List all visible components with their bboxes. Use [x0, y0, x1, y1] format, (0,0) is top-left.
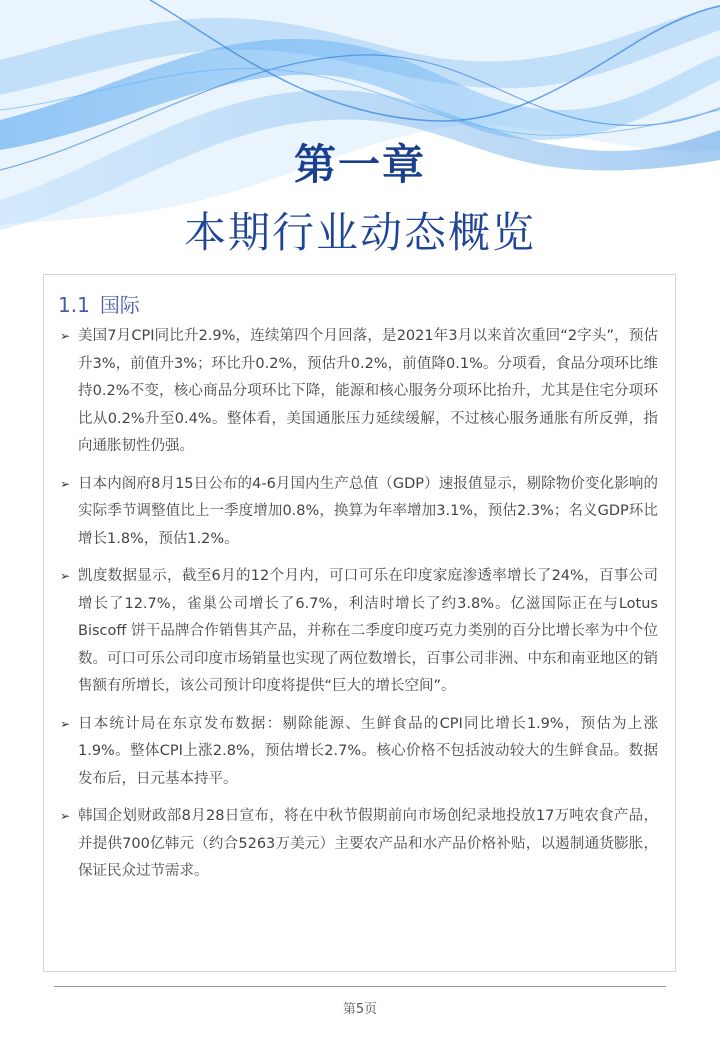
arrowhead-bullet-icon: ➢	[60, 563, 70, 591]
list-item: ➢ 日本内阁府8月15日公布的4-6月国内生产总值（GDP）速报值显示，剔除物价…	[58, 471, 658, 554]
section-number: 1.1	[58, 293, 90, 317]
page-number: 第5页	[0, 998, 720, 1017]
list-item-text: 日本统计局在东京发布数据：剔除能源、生鲜食品的CPI同比增长1.9%，预估为上涨…	[78, 716, 658, 787]
arrowhead-bullet-icon: ➢	[60, 323, 70, 351]
arrowhead-bullet-icon: ➢	[60, 471, 70, 499]
list-item: ➢ 韩国企划财政部8月28日宣布，将在中秋节假期前向市场创纪录地投放17万吨农食…	[58, 803, 658, 886]
list-item: ➢ 日本统计局在东京发布数据：剔除能源、生鲜食品的CPI同比增长1.9%，预估为…	[58, 711, 658, 794]
content-box: 1.1国际 ➢ 美国7月CPI同比升2.9%，连续第四个月回落，是2021年3月…	[43, 274, 676, 972]
list-item-text: 凯度数据显示，截至6月的12个月内，可口可乐在印度家庭渗透率增长了24%，百事公…	[78, 568, 658, 694]
list-item-text: 美国7月CPI同比升2.9%，连续第四个月回落，是2021年3月以来首次重回“2…	[78, 328, 658, 454]
list-item-text: 韩国企划财政部8月28日宣布，将在中秋节假期前向市场创纪录地投放17万吨农食产品…	[78, 808, 658, 879]
arrowhead-bullet-icon: ➢	[60, 803, 70, 831]
footer-divider	[54, 986, 666, 987]
section-title: 国际	[100, 293, 140, 317]
bullet-list: ➢ 美国7月CPI同比升2.9%，连续第四个月回落，是2021年3月以来首次重回…	[58, 323, 658, 896]
list-item: ➢ 凯度数据显示，截至6月的12个月内，可口可乐在印度家庭渗透率增长了24%，百…	[58, 563, 658, 701]
list-item-text: 日本内阁府8月15日公布的4-6月国内生产总值（GDP）速报值显示，剔除物价变化…	[78, 476, 658, 547]
arrowhead-bullet-icon: ➢	[60, 711, 70, 739]
chapter-number: 第一章	[0, 132, 720, 192]
list-item: ➢ 美国7月CPI同比升2.9%，连续第四个月回落，是2021年3月以来首次重回…	[58, 323, 658, 461]
chapter-title: 本期行业动态概览	[0, 200, 720, 260]
section-heading: 1.1国际	[58, 289, 140, 318]
